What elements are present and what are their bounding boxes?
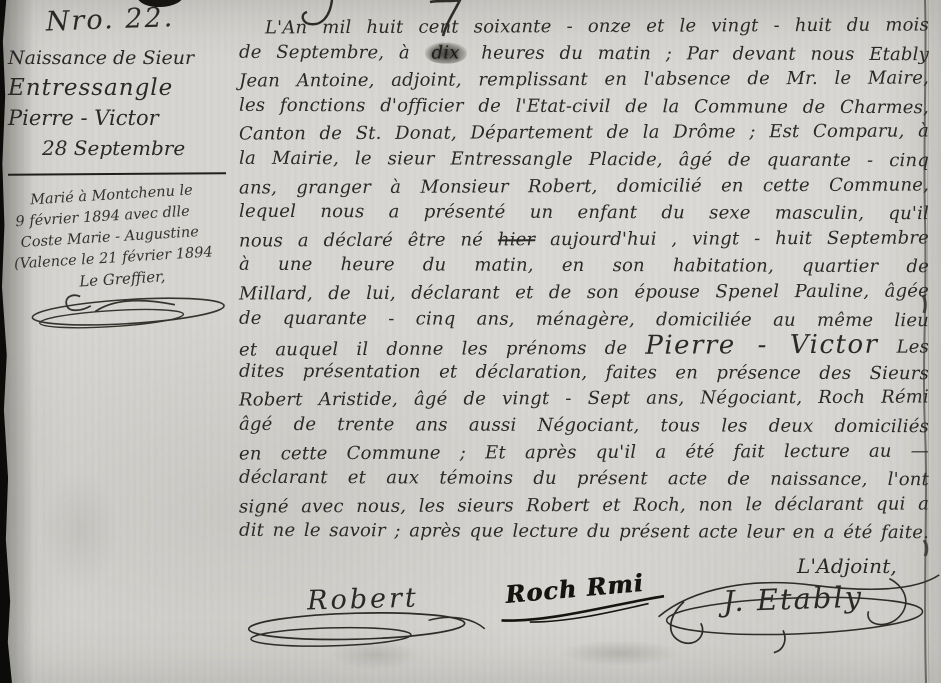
act-line: et auquel il donne les prénoms de Pierre… xyxy=(239,332,929,362)
margin-divider-rule xyxy=(8,172,226,176)
signature-robert-text: Robert xyxy=(307,583,419,617)
act-line: dit ne le savoir ; après que lecture du … xyxy=(239,518,929,547)
margin-column: Nro. 22. Naissance de Sieur Entressangle… xyxy=(8,4,232,334)
signature-robert: Robert xyxy=(248,581,479,618)
act-line: nous a déclaré être né hier aujourd'hui … xyxy=(239,225,929,255)
marriage-margin-note: Marié à Montchenu le 9 février 1894 avec… xyxy=(4,178,237,340)
act-line: à une heure du matin, en son habitation,… xyxy=(239,252,929,281)
act-line: Canton de St. Donat, Département de la D… xyxy=(239,119,929,149)
act-line-text: aujourd'hui , vingt - huit Septembre xyxy=(535,227,929,250)
ink-blot-correction: dix xyxy=(425,42,467,63)
act-line: les fonctions d'officier de l'Etat-civil… xyxy=(239,93,929,122)
act-line: déclarant et aux témoins du présent acte… xyxy=(239,465,929,494)
act-line: Jean Antoine, adjoint, remplissant en l'… xyxy=(239,66,929,96)
act-line-text: de Septembre, à xyxy=(239,41,425,63)
act-number: Nro. 22. xyxy=(8,0,233,39)
act-text-body: L'An mil huit cent soixante - onze et le… xyxy=(239,14,929,580)
act-line: lequel nous a présenté un enfant du sexe… xyxy=(239,199,929,228)
signature-etably-text: J. Etably xyxy=(722,580,863,619)
act-line: Millard, de lui, déclarant et de son épo… xyxy=(239,278,929,308)
signature-etably: J. Etably xyxy=(667,578,918,621)
act-line: ans, granger à Monsieur Robert, domicili… xyxy=(239,172,929,202)
act-line: la Mairie, le sieur Entressangle Placide… xyxy=(239,146,929,175)
act-line-text: nous a déclaré être né xyxy=(239,229,498,251)
act-line: L'An mil huit cent soixante - onze et le… xyxy=(239,12,929,42)
act-line: signé avec nous, les sieurs Robert et Ro… xyxy=(239,491,929,521)
act-line-text: heures du matin ; Par devant nous Etably xyxy=(467,42,929,65)
margin-title-line: Entressangle xyxy=(8,73,232,103)
act-line: en cette Commune ; Et après qu'il a été … xyxy=(239,438,929,468)
act-line-text: Les xyxy=(878,337,929,358)
margin-title-line: Pierre - Victor xyxy=(8,103,232,133)
paper-stain xyxy=(560,640,680,666)
struck-through-word: hier xyxy=(498,229,536,250)
paper-stain xyxy=(40,470,120,590)
act-line-text: L'An mil huit cent soixante - onze et le… xyxy=(265,14,929,38)
act-line: âgé de trente ans aussi Négociant, tous … xyxy=(239,412,929,441)
act-line: dites présentation et déclaration, faite… xyxy=(239,359,929,388)
register-page-scan: Nro. 22. Naissance de Sieur Entressangle… xyxy=(0,0,941,683)
margin-title-line: 28 Septembre xyxy=(8,133,232,163)
margin-act-title: Naissance de Sieur Entressangle Pierre -… xyxy=(8,43,232,163)
act-line-text: et auquel il donne les prénoms de xyxy=(239,338,645,361)
act-line: Robert Aristide, âgé de vingt - Sept ans… xyxy=(239,385,929,415)
act-line: de Septembre, à dix heures du matin ; Pa… xyxy=(239,39,929,68)
child-given-names: Pierre - Victor xyxy=(645,330,878,361)
margin-title-line: Naissance de Sieur xyxy=(8,43,232,73)
paper-stain xyxy=(330,640,420,670)
